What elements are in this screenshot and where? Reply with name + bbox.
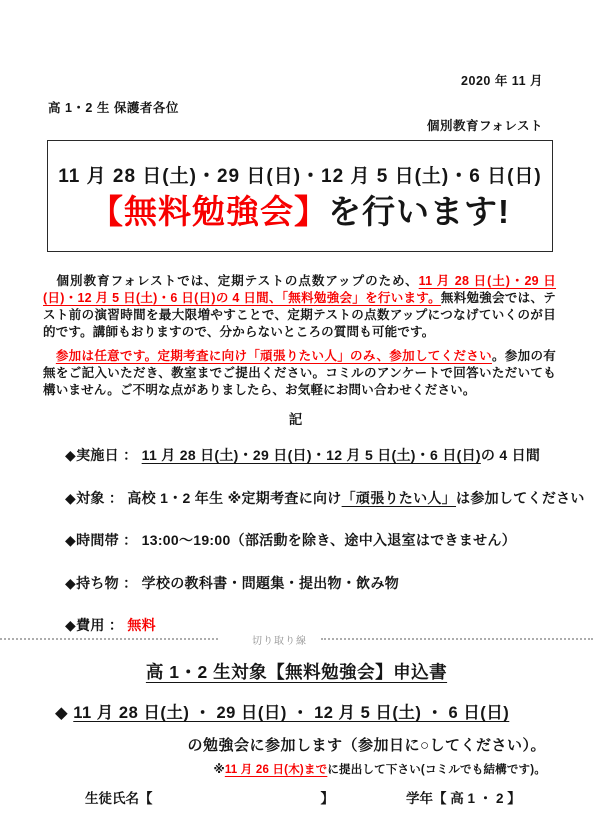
student-name-label: 生徒氏名【 (85, 787, 153, 807)
text-segment: 11 月 28 日(土)・29 日(日)・12 月 5 日(土)・6 日(日) (142, 447, 481, 463)
text-segment: ※ (213, 764, 224, 776)
text-segment: 11 月 26 日(木)まで (225, 764, 328, 776)
text-segment: ◆ (55, 704, 73, 722)
issue-date: 2020 年 11 月 (461, 71, 543, 89)
cut-line-dots-left (0, 638, 218, 640)
cut-line-dots-right (321, 638, 593, 640)
form-deadline-note: ※11 月 26 日(木)までに提出して下さい(コミルでも結構です)。 (43, 761, 546, 777)
form-date-line: ◆ 11 月 28 日(土) ・ 29 日(日) ・ 12 月 5 日(土) ・… (55, 699, 555, 723)
text-segment: ◆対象 ： 高校 1・2 年生 ※定期考査に向け (65, 490, 342, 506)
text-segment: ◆時間帯 ： 13:00～19:00（部活動を除き、途中入退室はできません） (65, 532, 516, 548)
headline-title-black: を行います! (328, 193, 510, 230)
headline-dates: 11 月 28 日(土)・29 日(日)・12 月 5 日(土)・6 日(日) (58, 161, 541, 188)
text-segment: 参加は任意です。定期考査に向け「頑張りたい人」のみ、参加してください (56, 349, 492, 363)
form-title: 高 1・2 生対象【無料勉強会】申込書 (0, 659, 593, 684)
text-segment: 個別教育フォレストでは、定期テストの点数アップのため、 (43, 274, 419, 288)
ki-marker: 記 (0, 408, 593, 428)
text-segment (43, 349, 56, 363)
text-segment: に提出して下さい(コミルでも結構です)。 (327, 764, 546, 776)
cut-line-label: 切り取り線 (252, 632, 307, 647)
headline-title-red: 【無料勉強会】 (90, 193, 328, 230)
text-segment: は参加してください (456, 490, 585, 506)
name-close-bracket: 】 (321, 787, 335, 807)
headline-box: 11 月 28 日(土)・29 日(日)・12 月 5 日(土)・6 日(日) … (47, 140, 553, 252)
form-participate-line: の勉強会に参加します（参加日に○してください）。 (43, 734, 546, 755)
text-segment: ◆実施日 ： (65, 447, 142, 463)
text-segment: 無料 (127, 617, 156, 633)
text-segment: 11 月 28 日(土) ・ 29 日(日) ・ 12 月 5 日(土) ・ 6… (73, 704, 509, 722)
intro-paragraph-1: 個別教育フォレストでは、定期テストの点数アップのため、11 月 28 日(土)・… (43, 273, 556, 341)
grade-label: 学年【 高 1 ・ 2 】 (406, 787, 521, 807)
text-segment: 「頑張りたい人」 (342, 490, 456, 506)
detail-item-time: ◆時間帯 ： 13:00～19:00（部活動を除き、途中入退室はできません） (65, 530, 565, 550)
cut-line: 切り取り線 (0, 632, 593, 646)
text-segment: の 4 日間 (481, 447, 540, 463)
organization-name: 個別教育フォレスト (427, 116, 543, 134)
recipient-line: 高 1・2 生 保護者各位 (48, 98, 179, 116)
form-title-text: 高 1・2 生対象【無料勉強会】申込書 (146, 662, 447, 682)
detail-item-items: ◆持ち物 ： 学校の教科書・問題集・提出物・飲み物 (65, 573, 565, 593)
text-segment: ◆持ち物 ： 学校の教科書・問題集・提出物・飲み物 (65, 575, 399, 591)
form-name-row: 生徒氏名【 】 学年【 高 1 ・ 2 】 (85, 787, 533, 807)
text-segment: ◆費用 ： (65, 617, 127, 633)
intro-paragraph-2: 参加は任意です。定期考査に向け「頑張りたい人」のみ、参加してください。参加の有無… (43, 348, 556, 399)
details-list: ◆実施日 ： 11 月 28 日(土)・29 日(日)・12 月 5 日(土)・… (65, 445, 565, 635)
detail-item-schedule: ◆実施日 ： 11 月 28 日(土)・29 日(日)・12 月 5 日(土)・… (65, 445, 565, 465)
detail-item-target: ◆対象 ： 高校 1・2 年生 ※定期考査に向け「頑張りたい人」は参加してくださ… (65, 488, 565, 508)
headline-title: 【無料勉強会】を行います! (90, 194, 510, 230)
flyer-page: 2020 年 11 月 高 1・2 生 保護者各位 個別教育フォレスト 11 月… (0, 0, 593, 840)
